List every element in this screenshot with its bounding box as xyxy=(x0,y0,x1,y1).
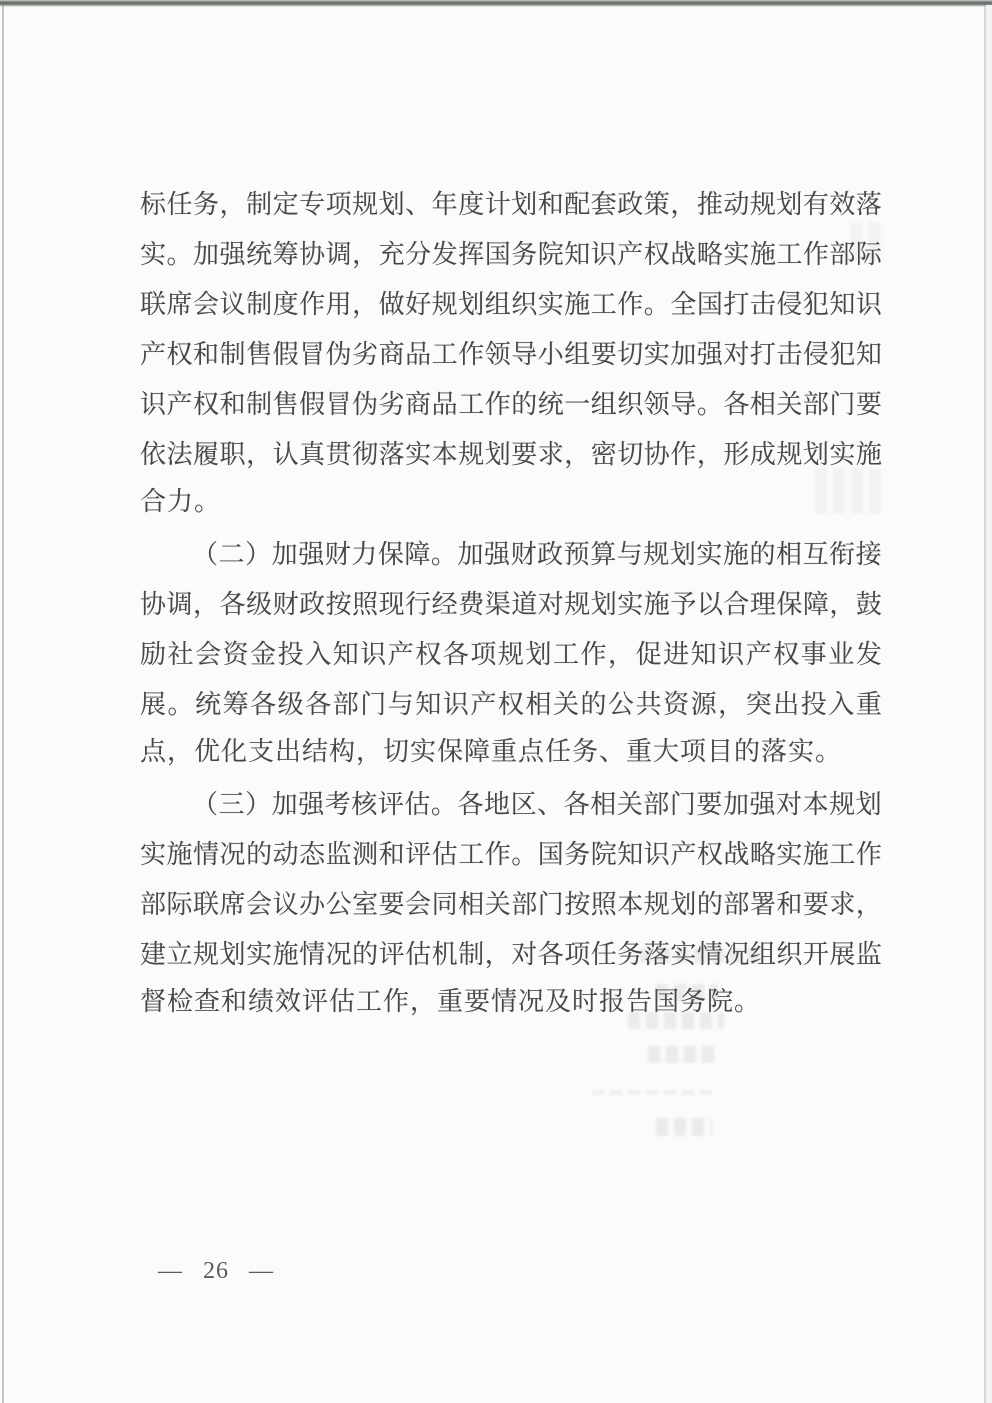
text-line: 督检查和绩效评估工作，重要情况及时报告国务院。 xyxy=(140,977,882,1027)
bleedthrough-artifact xyxy=(640,948,762,963)
scan-edge-left xyxy=(2,5,4,1403)
text-line: 依法履职，认真贯彻落实本规划要求，密切协作，形成规划实施 xyxy=(140,427,882,477)
bleedthrough-artifact xyxy=(815,468,883,514)
text-line: 标任务，制定专项规划、年度计划和配套政策，推动规划有效落 xyxy=(140,177,882,227)
document-page: 标任务，制定专项规划、年度计划和配套政策，推动规划有效落实。加强统筹协调，充分发… xyxy=(0,0,992,1403)
bleedthrough-artifact xyxy=(656,1118,712,1136)
text-line: 实施情况的动态监测和评估工作。国务院知识产权战略实施工作 xyxy=(140,827,882,877)
text-line: （三）加强考核评估。各地区、各相关部门要加强对本规划 xyxy=(140,777,882,827)
text-line: 合力。 xyxy=(140,477,882,527)
text-line: 实。加强统筹协调，充分发挥国务院知识产权战略实施工作部际 xyxy=(140,227,882,277)
scan-edge-right-strip xyxy=(986,5,992,1403)
footer-dash-left: — xyxy=(158,1258,183,1285)
bleedthrough-artifact xyxy=(592,1090,714,1095)
bleedthrough-artifact xyxy=(628,1012,724,1029)
text-line: 产权和制售假冒伪劣商品工作领导小组要切实加强对打击侵犯知 xyxy=(140,327,882,377)
text-line: 展。统筹各级各部门与知识产权相关的公共资源，突出投入重 xyxy=(140,677,882,727)
footer-dash-right: — xyxy=(249,1258,274,1285)
document-body: 标任务，制定专项规划、年度计划和配套政策，推动规划有效落实。加强统筹协调，充分发… xyxy=(140,177,882,1027)
bleedthrough-artifact xyxy=(656,984,718,1001)
bleedthrough-artifact xyxy=(850,222,886,262)
bleedthrough-artifact xyxy=(648,1046,720,1063)
page-footer: — 26 — xyxy=(158,1258,274,1285)
scan-edge-top xyxy=(0,0,992,7)
text-line: 点，优化支出结构，切实保障重点任务、重大项目的落实。 xyxy=(140,727,882,777)
text-line: 部际联席会议办公室要会同相关部门按照本规划的部署和要求， xyxy=(140,877,882,927)
text-line: （二）加强财力保障。加强财政预算与规划实施的相互衔接 xyxy=(140,527,882,577)
text-line: 联席会议制度作用，做好规划组织实施工作。全国打击侵犯知识 xyxy=(140,277,882,327)
text-line: 建立规划实施情况的评估机制，对各项任务落实情况组织开展监 xyxy=(140,927,882,977)
page-number: 26 xyxy=(203,1258,229,1285)
text-line: 识产权和制售假冒伪劣商品工作的统一组织领导。各相关部门要 xyxy=(140,377,882,427)
scan-edge-right xyxy=(984,5,986,1403)
text-line: 协调，各级财政按照现行经费渠道对规划实施予以合理保障，鼓 xyxy=(140,577,882,627)
text-line: 励社会资金投入知识产权各项规划工作，促进知识产权事业发 xyxy=(140,627,882,677)
